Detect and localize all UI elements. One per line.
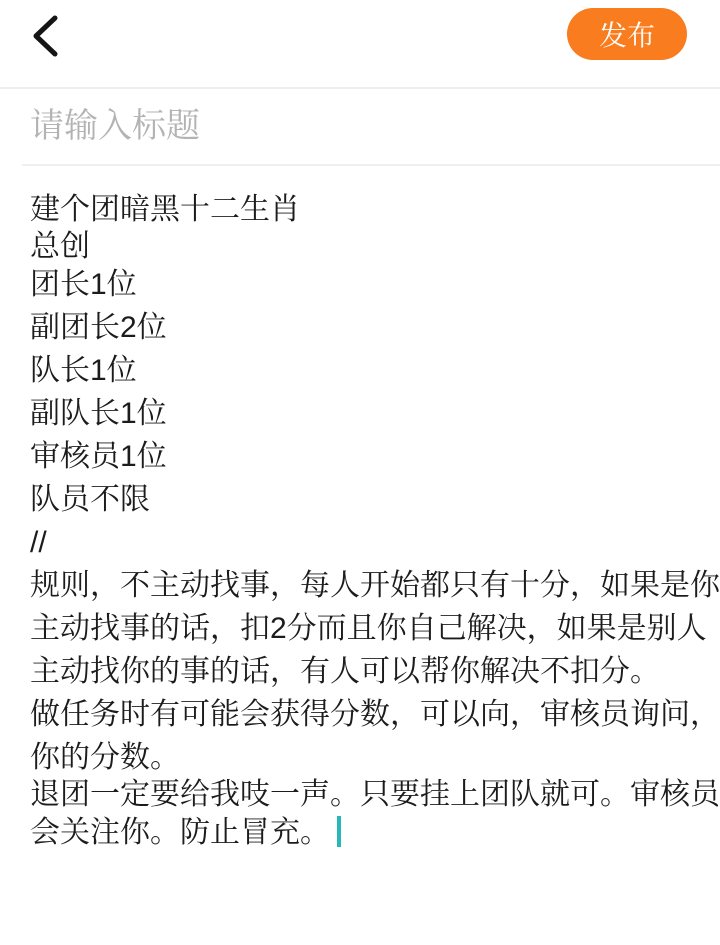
text-cursor bbox=[337, 816, 341, 847]
publish-button-label: 发布 bbox=[599, 14, 655, 54]
body-line: 总创 bbox=[30, 231, 694, 263]
body-line: 副队长1位 bbox=[30, 392, 694, 435]
body-line: 审核员1位 bbox=[30, 435, 694, 478]
body-line: 规则，不主动找事，每人开始都只有十分，如果是你 bbox=[30, 564, 694, 607]
body-line-text: 会关注你。防止冒充。 bbox=[30, 816, 330, 849]
back-button[interactable] bbox=[16, 8, 74, 66]
title-input[interactable] bbox=[30, 107, 690, 146]
body-line-last: 会关注你。防止冒充。 bbox=[30, 811, 694, 854]
body-line: 队员不限 bbox=[30, 478, 694, 521]
body-line: 做任务时有可能会获得分数，可以向，审核员询问， bbox=[30, 693, 694, 736]
body-line: 队长1位 bbox=[30, 349, 694, 392]
body-line: 团长1位 bbox=[30, 263, 694, 306]
post-editor-screen: 发布 建个团暗黑十二生肖 总创 团长1位 副团长2位 队长1位 副队长1位 审核… bbox=[0, 0, 720, 945]
publish-button[interactable]: 发布 bbox=[567, 8, 687, 60]
chevron-left-icon bbox=[31, 14, 59, 61]
body-line: 主动找事的话，扣2分而且你自己解决，如果是别人 bbox=[30, 607, 694, 650]
body-line: 退团一定要给我吱一声。只要挂上团队就可。审核员 bbox=[30, 779, 694, 811]
title-input-row bbox=[0, 89, 720, 164]
body-line: 主动找你的事的话，有人可以帮你解决不扣分。 bbox=[30, 650, 694, 693]
body-line: 建个团暗黑十二生肖 bbox=[30, 188, 694, 231]
body-text-editor[interactable]: 建个团暗黑十二生肖 总创 团长1位 副团长2位 队长1位 副队长1位 审核员1位… bbox=[0, 166, 720, 854]
header: 发布 bbox=[0, 0, 720, 87]
body-line: 你的分数。 bbox=[30, 736, 694, 779]
body-line: // bbox=[30, 521, 694, 564]
body-line: 副团长2位 bbox=[30, 306, 694, 349]
